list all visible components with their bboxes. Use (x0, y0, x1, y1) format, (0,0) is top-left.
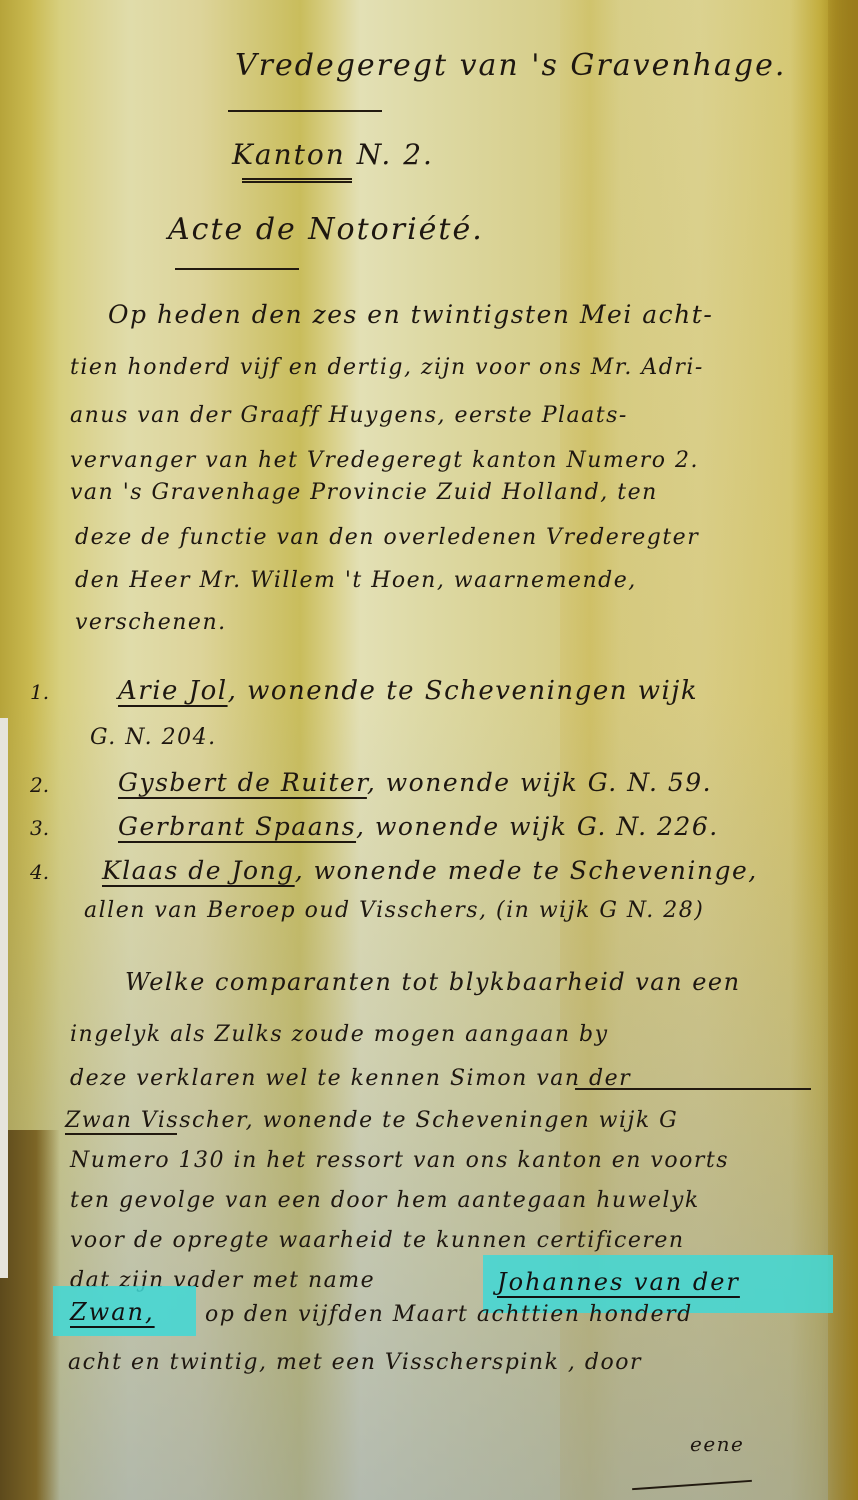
witness-details: , wonende wijk G. N. 226. (356, 812, 719, 841)
witness-entry: Klaas de Jong, wonende mede te Schevenin… (102, 856, 758, 885)
scanned-document-page: Vredegeregt van 's Gravenhage. Kanton N.… (0, 0, 858, 1500)
name-underline (575, 1088, 811, 1090)
highlighted-name-first: Johannes van der (497, 1268, 740, 1296)
paragraph2-line: op den vijfden Maart achttien honderd (205, 1302, 693, 1327)
paragraph1-line: den Heer Mr. Willem 't Hoen, waarnemende… (75, 568, 637, 593)
subheading-double-rule (242, 178, 352, 183)
paragraph2-line: acht en twintig, met een Visscherspink ,… (68, 1350, 642, 1375)
witness-entry: Gerbrant Spaans, wonende wijk G. N. 226. (118, 812, 719, 841)
closing-rule (632, 1480, 752, 1490)
witness-name: Gerbrant Spaans (118, 812, 356, 841)
paragraph1-line: verschenen. (75, 610, 227, 635)
heading-rule (228, 110, 382, 112)
paragraph2-line: ten gevolge van een door hem aantegaan h… (70, 1188, 700, 1213)
witness-entry: Arie Jol, wonende te Scheveningen wijk (118, 676, 698, 706)
witness-details: , wonende wijk G. N. 59. (367, 768, 712, 797)
witness-number: 4. (30, 860, 49, 884)
document-subheading: Kanton N. 2. (232, 138, 434, 171)
document-heading: Vredegeregt van 's Gravenhage. (235, 48, 786, 83)
paragraph1-line: vervanger van het Vredegeregt kanton Num… (70, 448, 699, 473)
paragraph2-line: deze verklaren wel te kennen Simon van d… (70, 1066, 631, 1091)
witness-details: , wonende te Scheveningen wijk (228, 676, 699, 706)
catchword: eene (690, 1432, 744, 1456)
witness-details: , wonende mede te Scheveninge, (295, 856, 758, 885)
paragraph1-line: deze de functie van den overledenen Vred… (75, 525, 699, 550)
witness-continuation: G. N. 204. (90, 725, 217, 750)
witness-name: Arie Jol (118, 676, 228, 706)
paragraph1-line: van 's Gravenhage Provincie Zuid Holland… (70, 480, 658, 505)
witness-number: 2. (30, 773, 49, 797)
act-title: Acte de Notoriété. (168, 212, 484, 247)
title-rule (175, 268, 299, 270)
paragraph2-line: Welke comparanten tot blykbaarheid van e… (125, 968, 741, 996)
page-edge (0, 718, 8, 1278)
name-underline (65, 1133, 177, 1135)
paragraph2-line: voor de opregte waarheid te kunnen certi… (70, 1228, 685, 1253)
paragraph2-line: Zwan Visscher, wonende te Scheveningen w… (65, 1108, 678, 1133)
witness-number: 3. (30, 816, 49, 840)
witness-continuation: allen van Beroep oud Visschers, (in wijk… (84, 898, 704, 923)
paragraph2-line: ingelyk als Zulks zoude mogen aangaan by (70, 1022, 609, 1047)
binding-shadow (0, 1130, 60, 1500)
paragraph2-line: Numero 130 in het ressort van ons kanton… (70, 1148, 729, 1173)
witness-name: Klaas de Jong (102, 856, 295, 885)
witness-entry: Gysbert de Ruiter, wonende wijk G. N. 59… (118, 768, 712, 797)
paragraph1-line: tien honderd vijf en dertig, zijn voor o… (70, 355, 704, 380)
paragraph1-line: anus van der Graaff Huygens, eerste Plaa… (70, 403, 628, 428)
highlighted-name-last: Zwan, (70, 1298, 155, 1326)
witness-name: Gysbert de Ruiter (118, 768, 367, 797)
witness-number: 1. (30, 680, 49, 704)
paragraph1-line: Op heden den zes en twintigsten Mei acht… (108, 300, 713, 329)
